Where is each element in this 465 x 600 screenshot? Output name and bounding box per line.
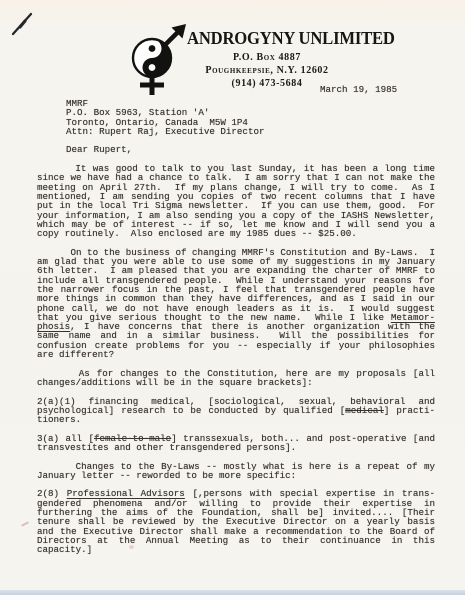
paragraph-line: changes/additions will be in the square … [37, 378, 435, 387]
salutation: Dear Rupert, [66, 145, 435, 154]
paragraph: On to the business of changing MMRF's Co… [37, 248, 435, 360]
text-segment: tioners. [37, 414, 81, 425]
pen-slash-mark [7, 9, 39, 41]
paragraph: 3(a) all [female-to-male] transsexuals, … [37, 434, 435, 453]
paragraph-line: are different? [37, 350, 435, 359]
paragraph: 2(a)(1) financing medical, [sociological… [37, 397, 435, 425]
letterhead-city-line: Poughkeepsie, N.Y. 12602 [157, 65, 377, 76]
paragraph-line: capacity.] [37, 545, 435, 554]
text-segment: copy routinely. Also enclosed are my 198… [37, 228, 357, 239]
text-segment: are different? [37, 349, 114, 360]
paragraph-line: transvestites and other transgendered pe… [37, 443, 435, 452]
text-segment: January letter -- reworded to be more sp… [37, 470, 296, 481]
struck-through-text: medical [345, 405, 384, 416]
text-segment: transvestites and other transgendered pe… [37, 442, 296, 453]
text-segment: Directors at the Annual Meeting as to th… [37, 535, 435, 546]
paragraph-line: psychological] research to be conducted … [37, 406, 435, 415]
recipient-address: MMRF P.O. Box 5963, Station 'A' Toronto,… [66, 99, 435, 136]
paragraph-line: tioners. [37, 415, 435, 424]
paragraph: It was good to talk to you last Sunday, … [37, 164, 435, 238]
text-segment: changes/additions will be in the square … [37, 377, 313, 388]
paragraph: As for changes to the Constitution, here… [37, 369, 435, 388]
scanned-letter-page: ANDROGYNY UNLIMITED P.O. Box 4887 Poughk… [0, 0, 465, 600]
scan-background-below-page [0, 595, 465, 600]
faint-ink-dot [129, 545, 134, 549]
text-segment: ] practi- [384, 405, 435, 416]
org-name: ANDROGYNY UNLIMITED [187, 28, 395, 49]
text-segment: psychological] research to be conducted … [37, 405, 345, 416]
paragraph-line: January letter -- reworded to be more sp… [37, 471, 435, 480]
faint-pen-smudge [21, 521, 29, 527]
recipient-line: Attn: Rupert Raj, Executive Director [66, 127, 435, 136]
paragraph-line: copy routinely. Also enclosed are my 198… [37, 229, 435, 238]
letter-body: It was good to talk to you last Sunday, … [37, 164, 435, 554]
letter-content: MMRF P.O. Box 5963, Station 'A' Toronto,… [37, 99, 435, 555]
paragraph: 2(8) Professional Advisors [,persons wit… [37, 489, 435, 554]
paragraph-line: Directors at the Annual Meeting as to th… [37, 536, 435, 545]
text-segment: capacity.] [37, 544, 92, 555]
letter-date: March 19, 1985 [320, 85, 397, 94]
paragraph: Changes to the By-Laws -- mostly what is… [37, 462, 435, 481]
letterhead-po-box: P.O. Box 4887 [157, 52, 377, 63]
